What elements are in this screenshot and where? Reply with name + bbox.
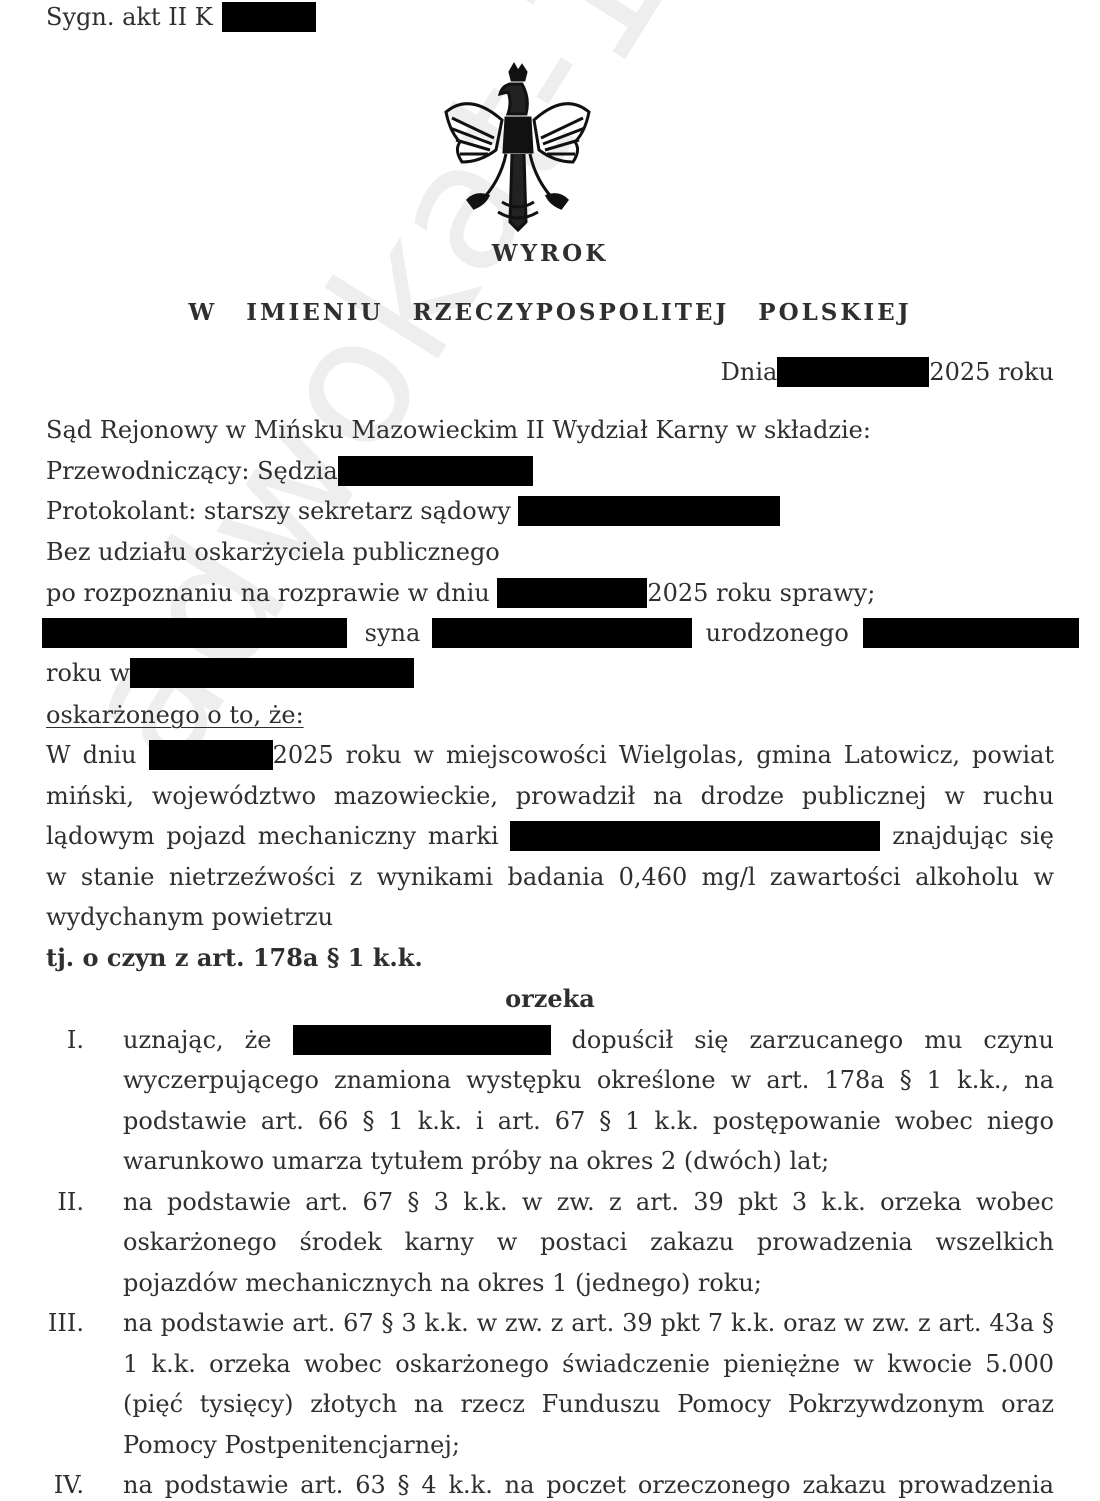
- defendant-line: syna urodzonego: [42, 618, 1062, 648]
- redacted-hearing-date: [497, 578, 647, 608]
- ruling-3-line-2: 1 k.k. orzeka wobec oskarżonego świadcze…: [123, 1349, 1054, 1379]
- date-line: Dnia2025 roku: [721, 357, 1054, 387]
- redacted-case-number: [222, 2, 316, 32]
- redacted-father-name: [432, 618, 692, 648]
- charge-line-3: lądowym pojazd mechaniczny marki znajduj…: [46, 821, 1054, 851]
- ruling-3-line-3: (pięć tysięcy) złotych na rzecz Funduszu…: [123, 1389, 1054, 1419]
- document-subtitle: W IMIENIU RZECZYPOSPOLITEJ POLSKIEJ: [0, 299, 1100, 326]
- document-title: WYROK: [0, 240, 1100, 267]
- born-label: urodzonego: [706, 619, 849, 647]
- charge-line3-suffix: znajdując się: [892, 822, 1054, 850]
- redacted-defendant-name-ruling: [293, 1025, 551, 1055]
- charge-line-5: wydychanym powietrzu: [46, 902, 333, 932]
- redacted-clerk-name: [518, 496, 780, 526]
- ruling-1-line-2: wyczerpującego znamiona występku określo…: [123, 1065, 1054, 1095]
- charge-heading-text: oskarżonego o to, że:: [46, 701, 304, 729]
- date-suffix: 2025 roku: [929, 358, 1054, 386]
- year-in-label: roku w: [46, 659, 130, 687]
- ruling-2-line-2: oskarżonego środek karny w postaci zakaz…: [123, 1227, 1054, 1257]
- case-number: Sygn. akt II K: [46, 2, 316, 32]
- redacted-birth-date: [863, 618, 1079, 648]
- redacted-defendant-name: [42, 618, 347, 648]
- legal-basis: tj. o czyn z art. 178a § 1 k.k.: [46, 943, 423, 973]
- ruling-heading: orzeka: [0, 984, 1100, 1014]
- birthplace-line: roku w: [46, 658, 414, 688]
- ruling-2-line-1: na podstawie art. 67 § 3 k.k. w zw. z ar…: [123, 1187, 1054, 1217]
- redacted-vehicle: [510, 821, 880, 851]
- charge-heading: oskarżonego o to, że:: [46, 700, 304, 730]
- charge-line1-prefix: W dniu: [46, 741, 137, 769]
- hearing-suffix: 2025 roku sprawy;: [647, 579, 875, 607]
- charge-line3-prefix: lądowym pojazd mechaniczny marki: [46, 822, 499, 850]
- redacted-offense-date: [149, 740, 273, 770]
- clerk-label: Protokolant: starszy sekretarz sądowy: [46, 497, 511, 525]
- redacted-birthplace: [130, 658, 414, 688]
- court-clerk: Protokolant: starszy sekretarz sądowy: [46, 496, 780, 526]
- ruling-1-line-3: podstawie art. 66 § 1 k.k. i art. 67 § 1…: [123, 1106, 1054, 1136]
- ruling-numeral-3: III.: [34, 1308, 84, 1338]
- hearing-prefix: po rozpoznaniu na rozprawie w dniu: [46, 579, 490, 607]
- presiding-judge: Przewodniczący: Sędzia: [46, 456, 533, 486]
- ruling-numeral-2: II.: [34, 1187, 84, 1217]
- verdict-document: Sygn. akt II K WYROK W IMIENIU RZECZYPOS…: [0, 0, 1100, 1501]
- charge-line-1: W dniu 2025 roku w miejscowości Wielgola…: [46, 740, 1054, 770]
- case-number-label: Sygn. akt II K: [46, 3, 213, 31]
- charge-line-2: miński, województwo mazowieckie, prowadz…: [46, 781, 1054, 811]
- prosecutor-note: Bez udziału oskarżyciela publicznego: [46, 537, 500, 567]
- ruling-3-line-4: Pomocy Postpenitencjarnej;: [123, 1430, 460, 1460]
- ruling-3-line-1: na podstawie art. 67 § 3 k.k. w zw. z ar…: [123, 1308, 1054, 1338]
- redacted-date: [777, 357, 929, 387]
- charge-line1-suffix: 2025 roku w miejscowości Wielgolas, gmin…: [273, 741, 1054, 769]
- court-name: Sąd Rejonowy w Mińsku Mazowieckim II Wyd…: [46, 415, 871, 445]
- redacted-judge-name: [338, 456, 533, 486]
- hearing-line: po rozpoznaniu na rozprawie w dniu 2025 …: [46, 578, 875, 608]
- ruling-numeral-1: I.: [34, 1025, 84, 1055]
- polish-eagle-emblem-icon: [440, 62, 595, 232]
- ruling-1-prefix: uznając, że: [123, 1026, 272, 1054]
- ruling-4-line-1: na podstawie art. 63 § 4 k.k. na poczet …: [123, 1470, 1054, 1500]
- date-prefix: Dnia: [721, 358, 778, 386]
- son-of-label: syna: [365, 619, 421, 647]
- charge-line-4: w stanie nietrzeźwości z wynikami badani…: [46, 862, 1054, 892]
- presiding-label: Przewodniczący: Sędzia: [46, 457, 338, 485]
- ruling-1-suffix: dopuścił się zarzucanego mu czynu: [571, 1026, 1053, 1054]
- ruling-1-line-1: uznając, że dopuścił się zarzucanego mu …: [123, 1025, 1054, 1055]
- ruling-1-line-4: warunkowo umarza tytułem próby na okres …: [123, 1146, 829, 1176]
- ruling-2-line-3: pojazdów mechanicznych na okres 1 (jedne…: [123, 1268, 762, 1298]
- ruling-numeral-4: IV.: [34, 1470, 84, 1500]
